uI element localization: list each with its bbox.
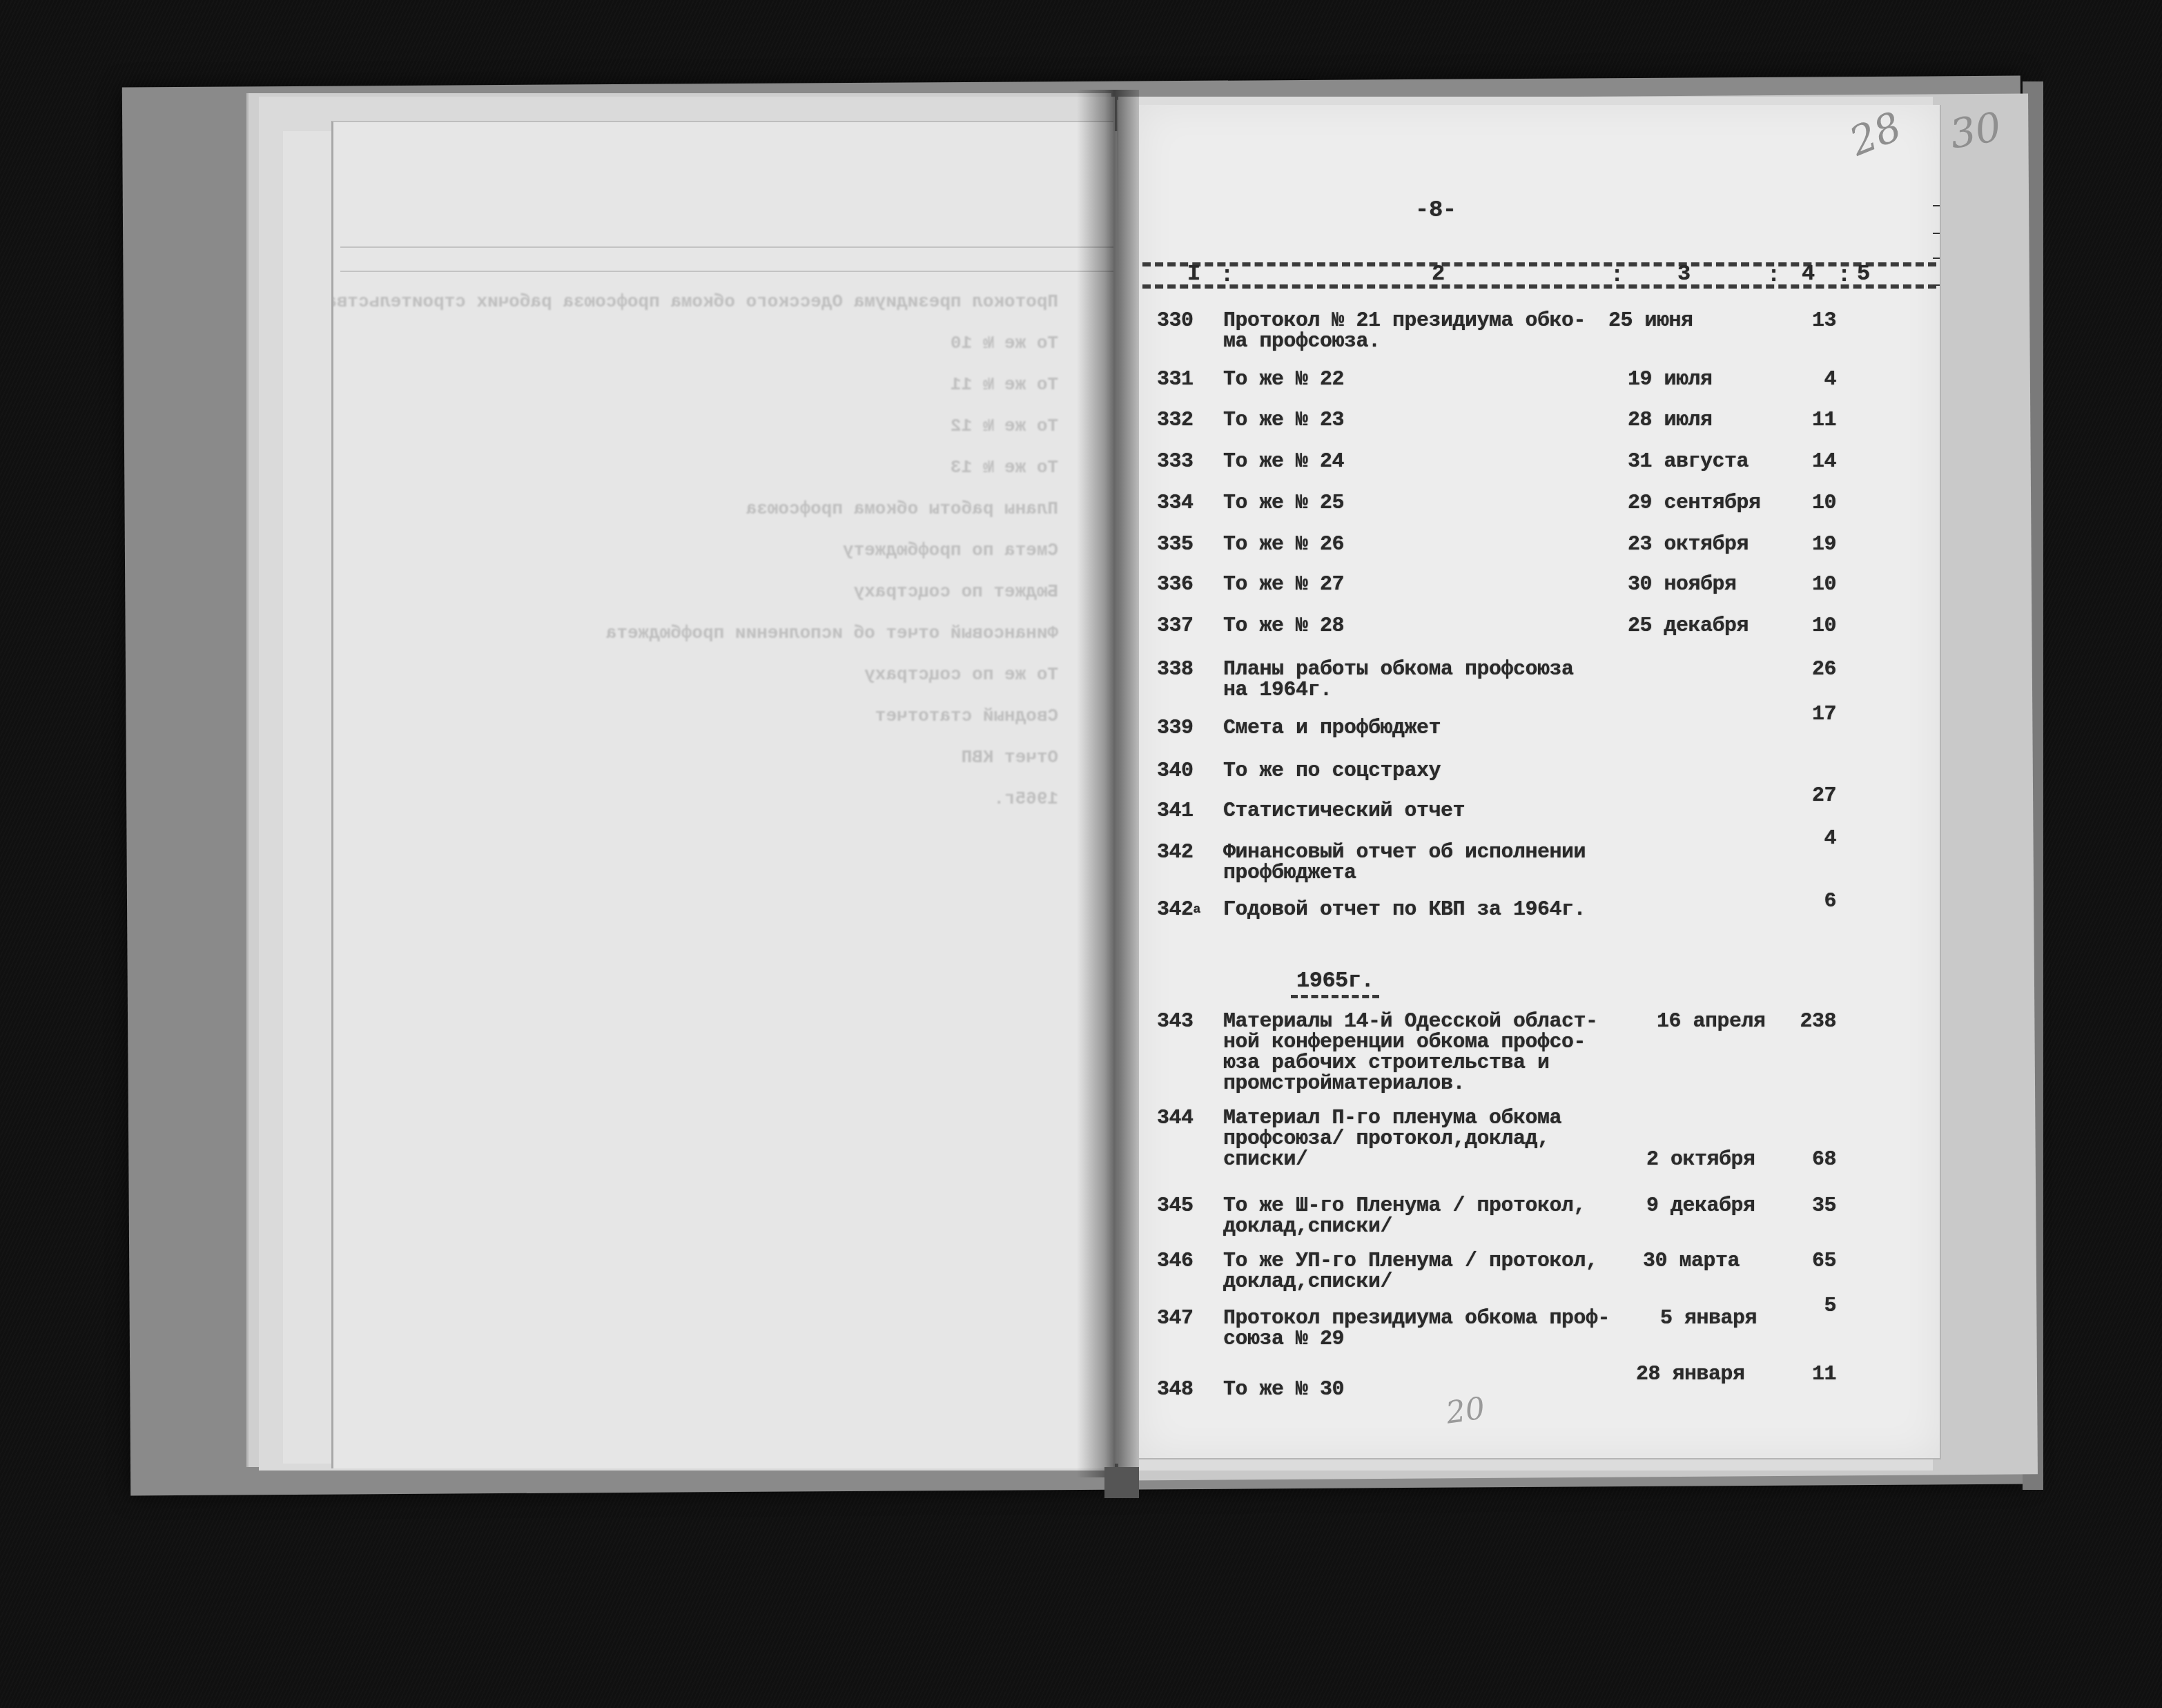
item-sheet-count: 11: [1781, 1364, 1836, 1385]
item-number: 332: [1157, 410, 1194, 431]
column-header-4: 4: [1802, 261, 1815, 287]
item-title: Материал П-го пленума обкома профсоюза/ …: [1223, 1108, 1651, 1170]
item-title: То же № 26: [1223, 534, 1651, 555]
item-number: 330: [1157, 311, 1194, 331]
item-date: 30 ноября: [1628, 574, 1737, 595]
item-number: 345: [1157, 1196, 1194, 1216]
item-sheet-count: 4: [1781, 828, 1836, 849]
column-header-3: 3: [1677, 261, 1691, 287]
item-title: Материалы 14-й Одесской област- ной конф…: [1223, 1011, 1651, 1094]
margin-tick: [1933, 233, 1940, 234]
item-title: То же по соцстраху: [1223, 761, 1651, 782]
item-number: 335: [1157, 534, 1194, 555]
item-sheet-count: 5: [1781, 1296, 1836, 1317]
margin-tick: [1933, 284, 1940, 286]
item-date: 29 сентября: [1628, 493, 1761, 514]
item-number: 347: [1157, 1308, 1194, 1329]
item-title: То же № 27: [1223, 574, 1651, 595]
item-sheet-count: 27: [1781, 786, 1836, 806]
item-sheet-count: 35: [1781, 1196, 1836, 1216]
item-sheet-count: 13: [1781, 311, 1836, 331]
item-number: 341: [1157, 801, 1194, 822]
column-header-2: 2: [1432, 261, 1445, 287]
item-number: 333: [1157, 452, 1194, 472]
mirrored-bleedthrough-text: Протокол президиума Одесского обкома про…: [333, 122, 1113, 1468]
item-number: 344: [1157, 1108, 1194, 1129]
column-header-1: I: [1187, 261, 1200, 287]
item-title: Протокол № 21 президиума обко- ма профсо…: [1223, 311, 1651, 352]
item-sheet-count: 10: [1781, 616, 1836, 637]
spine-gutter-shadow: [1077, 90, 1139, 1477]
item-sheet-count: 10: [1781, 493, 1836, 514]
item-number: 339: [1157, 718, 1194, 739]
column-separator: :: [1220, 262, 1234, 288]
item-sheet-count: 10: [1781, 574, 1836, 595]
item-date: 5 января: [1660, 1308, 1757, 1329]
column-separator: :: [1767, 262, 1780, 288]
item-date: 28 января: [1636, 1364, 1745, 1385]
item-date: 31 августа: [1628, 452, 1749, 472]
item-date: 19 июля: [1628, 369, 1713, 390]
page-number: -8-: [1415, 197, 1457, 224]
item-number: 331: [1157, 369, 1194, 390]
item-number: 336: [1157, 574, 1194, 595]
item-title: Финансовый отчет об исполнении профбюдже…: [1223, 842, 1651, 884]
item-sheet-count: 17: [1781, 704, 1836, 725]
item-title: То же № 28: [1223, 616, 1651, 637]
table-header-rule-bottom: [1142, 284, 1936, 289]
year-heading: 1965г.: [1291, 968, 1379, 998]
item-sheet-count: 19: [1781, 534, 1836, 555]
item-sheet-count: 238: [1781, 1011, 1836, 1032]
column-header-5: 5: [1857, 261, 1870, 287]
item-number-suffix: а: [1194, 903, 1200, 917]
item-date: 30 марта: [1643, 1251, 1740, 1272]
item-title: Годовой отчет по КВП за 1964г.: [1223, 900, 1651, 920]
item-number: 337: [1157, 616, 1194, 637]
binding-spine: [1104, 1467, 1139, 1498]
item-number: 342: [1157, 842, 1194, 863]
item-title: Смета и профбюджет: [1223, 718, 1651, 739]
item-title: То же УП-го Пленума / протокол, доклад,с…: [1223, 1251, 1651, 1292]
item-date: 16 апреля: [1657, 1011, 1766, 1032]
margin-tick: [1933, 258, 1940, 259]
item-sheet-count: 4: [1781, 369, 1836, 390]
item-sheet-count: 65: [1781, 1251, 1836, 1272]
item-date: 25 декабря: [1628, 616, 1749, 637]
table-header-rule-top: [1142, 262, 1936, 266]
item-sheet-count: 6: [1781, 891, 1836, 912]
item-title: То же № 23: [1223, 410, 1651, 431]
item-title: Статистический отчет: [1223, 801, 1651, 822]
item-number: 342а: [1157, 900, 1200, 920]
item-sheet-count: 26: [1781, 659, 1836, 680]
item-number: 346: [1157, 1251, 1194, 1272]
margin-tick: [1933, 205, 1940, 206]
outer-folio-number: 30: [1947, 103, 2005, 158]
item-title: Планы работы обкома профсоюза на 1964г.: [1223, 659, 1651, 701]
item-number: 338: [1157, 659, 1194, 680]
item-date: 2 октября: [1646, 1149, 1755, 1170]
item-date: 28 июля: [1628, 410, 1713, 431]
item-date: 23 октября: [1628, 534, 1749, 555]
left-page: Протокол президиума Одесского обкома про…: [331, 121, 1113, 1468]
item-date: 25 июня: [1608, 311, 1693, 331]
item-title: То же № 22: [1223, 369, 1651, 390]
item-title: То же № 24: [1223, 452, 1651, 472]
item-title: То же № 25: [1223, 493, 1651, 514]
item-number: 340: [1157, 761, 1194, 782]
item-title: То же Ш-го Пленума / протокол, доклад,сп…: [1223, 1196, 1651, 1237]
item-title: Протокол президиума обкома проф- союза №…: [1223, 1308, 1651, 1350]
column-separator: :: [1610, 262, 1624, 288]
item-number: 348: [1157, 1379, 1194, 1400]
item-number: 334: [1157, 493, 1194, 514]
item-sheet-count: 14: [1781, 452, 1836, 472]
column-separator: :: [1838, 262, 1851, 288]
item-sheet-count: 11: [1781, 410, 1836, 431]
item-number: 343: [1157, 1011, 1194, 1032]
item-date: 9 декабря: [1646, 1196, 1755, 1216]
item-sheet-count: 68: [1781, 1149, 1836, 1170]
item-title: То же № 30: [1223, 1379, 1651, 1400]
